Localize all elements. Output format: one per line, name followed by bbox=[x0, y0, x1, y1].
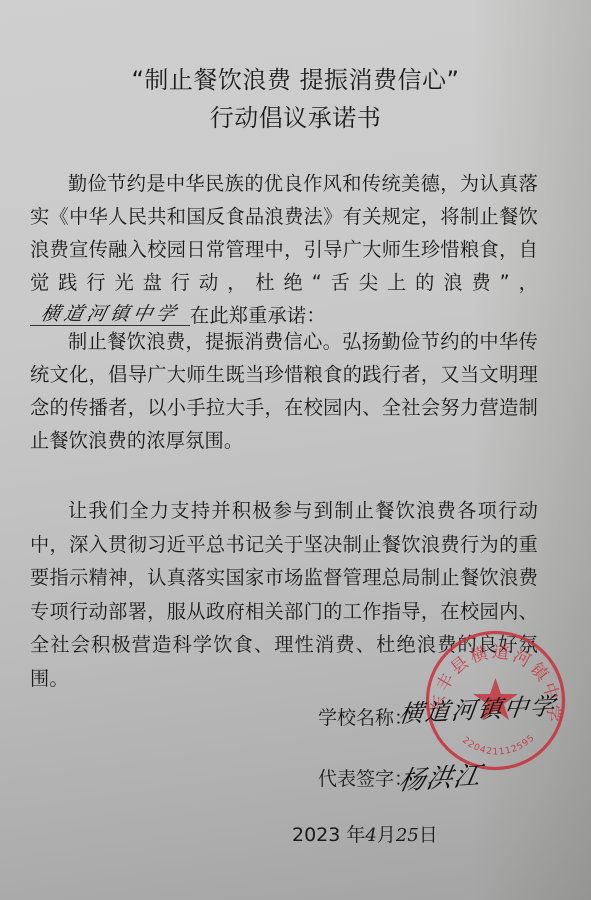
paragraph-1: 勤俭节约是中华民族的优良作风和传统美德，为认真落实《中华人民共和国反食品浪费法》… bbox=[30, 167, 538, 332]
representative-signature: 杨洪江 bbox=[396, 755, 485, 798]
document-title-line-1: “制止餐饮浪费 提振消费信心” bbox=[0, 60, 591, 95]
paragraph-2: 制止餐饮浪费，提振消费信心。弘扬勤俭节约的中华传统文化，倡导广大师生既当珍惜粮食… bbox=[30, 325, 538, 457]
date-day-char: 日 bbox=[419, 824, 438, 846]
school-name-fill-line: 横道河镇中学 bbox=[30, 303, 190, 326]
date-year: 2023 年 bbox=[292, 824, 365, 846]
document-date: 2023 年4月25日 bbox=[292, 820, 438, 847]
date-day-handwritten: 25 bbox=[396, 825, 419, 846]
date-month-handwritten: 4 bbox=[365, 825, 376, 846]
paragraph-1-text: 勤俭节约是中华民族的优良作风和传统美德，为认真落实《中华人民共和国反食品浪费法》… bbox=[30, 172, 538, 294]
paragraph-1-tail: 在此郑重承诺： bbox=[190, 304, 326, 327]
document-title-line-2: 行动倡议承诺书 bbox=[0, 98, 591, 133]
date-month-char: 月 bbox=[377, 824, 396, 846]
